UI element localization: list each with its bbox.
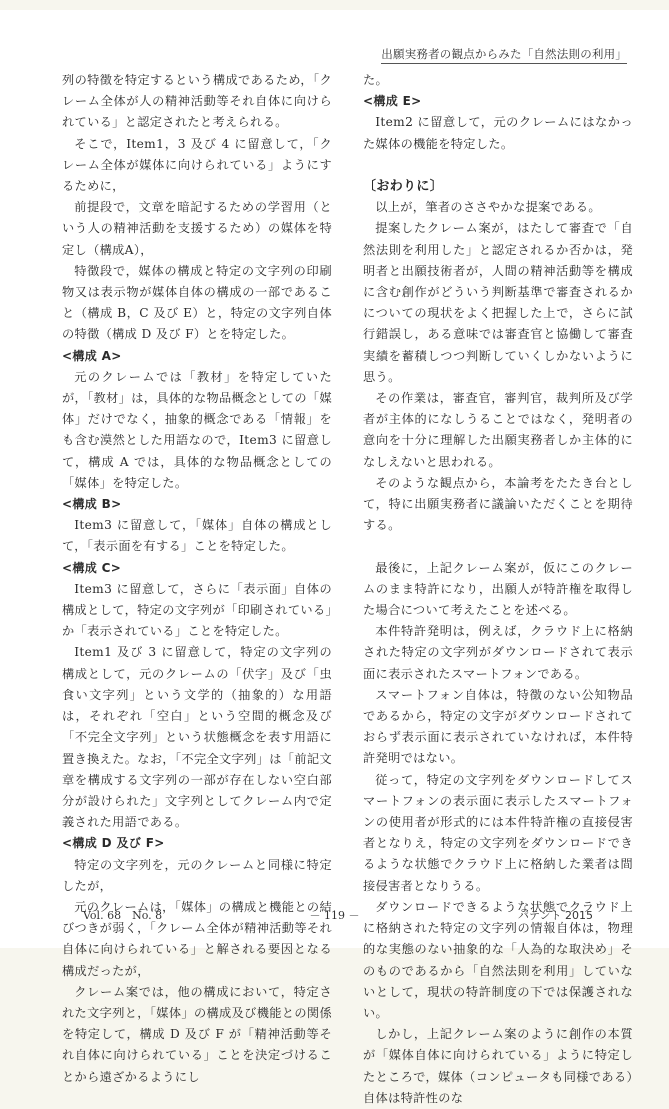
right-column: た。<構成 E>Item2 に留意して，元のクレームにはなかった媒体の機能を特定…: [363, 70, 633, 965]
subsection-heading: <構成 B>: [62, 494, 332, 515]
paragraph: た。: [363, 70, 633, 91]
paragraph: 元のクレームでは「教材」を特定していたが，「教材」は，具体的な物品概念としての「…: [62, 367, 332, 494]
paragraph: Item3 に留意して，さらに「表示面」自体の構成として，特定の文字列が「印刷さ…: [62, 579, 332, 643]
paragraph: Item1 及び 3 に留意して，特定の文字列の構成として，元のクレームの「伏字…: [62, 642, 332, 833]
paragraph: 本件特許発明は，例えば，クラウド上に格納された特定の文字列がダウンロードされて表…: [363, 621, 633, 685]
paragraph: 特定の文字列を，元のクレームと同様に特定したが，: [62, 855, 332, 897]
subsection-heading: <構成 E>: [363, 91, 633, 112]
paragraph: 列の特徴を特定するという構成であるため，「クレーム全体が人の精神活動等それ自体に…: [62, 70, 332, 134]
paragraph: 最後に，上記クレーム案が，仮にこのクレームのまま特許になり，出願人が特許権を取得…: [363, 558, 633, 622]
paragraph: Item3 に留意して，「媒体」自体の構成として，「表示面を有する」ことを特定し…: [62, 515, 332, 557]
paragraph: 従って，特定の文字列をダウンロードしてスマートフォンの表示面に表示したスマートフ…: [363, 770, 633, 897]
paragraph: そこで，Item1，3 及び 4 に留意して，「クレーム全体が媒体に向けられてい…: [62, 134, 332, 198]
section-heading: 〔おわりに〕: [363, 176, 633, 197]
magazine-name: パテント 2015: [518, 907, 593, 923]
subsection-heading: <構成 A>: [62, 346, 332, 367]
blank-line: [363, 536, 633, 557]
paragraph: 以上が，筆者のささやかな提案である。: [363, 197, 633, 218]
journal-page: 出願実務者の観点からみた「自然法則の利用」 列の特徴を特定するという構成であるた…: [0, 10, 669, 948]
subsection-heading: <構成 C>: [62, 558, 332, 579]
paragraph: その作業は，審査官，審判官，裁判所及び学者が主体的になしうることではなく，発明者…: [363, 388, 633, 473]
blank-line: [363, 155, 633, 176]
paragraph: 前提段で，文章を暗記するための学習用（という人の精神活動を支援するため）の媒体を…: [62, 197, 332, 261]
left-column: 列の特徴を特定するという構成であるため，「クレーム全体が人の精神活動等それ自体に…: [62, 70, 332, 965]
paragraph: スマートフォン自体は，特徴のない公知物品であるから，特定の文字がダウンロードされ…: [363, 685, 633, 770]
paragraph: そのような観点から，本論考をたたき台として，特に出願実務者に議論いただくことを期…: [363, 473, 633, 537]
paragraph: 特徴段で，媒体の構成と特定の文字列の印刷物又は表示物が媒体自体の構成の一部である…: [62, 261, 332, 346]
paragraph: Item2 に留意して，元のクレームにはなかった媒体の機能を特定した。: [363, 112, 633, 154]
paragraph: 提案したクレーム案が，はたして審査で「自然法則を利用した」と認定されるか否かは，…: [363, 218, 633, 388]
running-head: 出願実務者の観点からみた「自然法則の利用」: [381, 46, 627, 64]
subsection-heading: <構成 D 及び F>: [62, 833, 332, 854]
